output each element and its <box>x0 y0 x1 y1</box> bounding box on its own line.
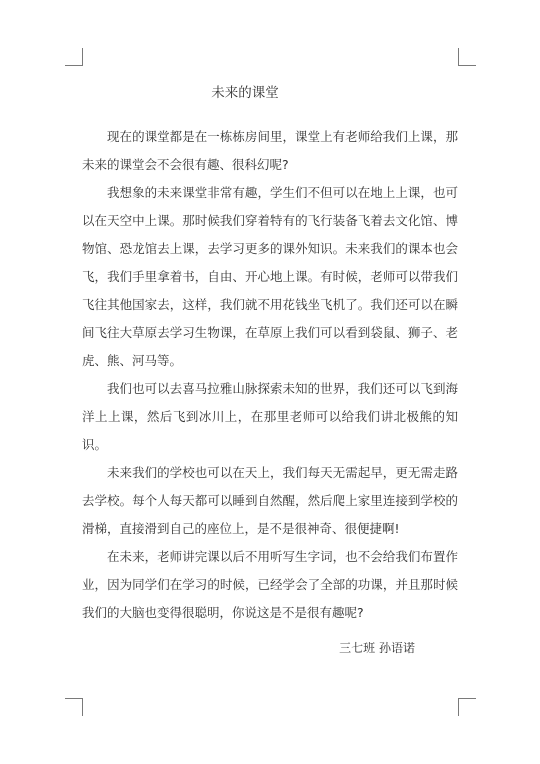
signature-line: 三七班 孙语诺 <box>82 634 458 662</box>
document-title: 未来的课堂 <box>82 79 458 107</box>
text-boundary-mark-bottom-left <box>65 698 83 716</box>
text-boundary-mark-top-left <box>65 48 83 66</box>
document-page: 未来的课堂 现在的课堂都是在一栋栋房间里，课堂上有老师给我们上课，那未来的课堂会… <box>0 0 540 764</box>
paragraph-intro: 现在的课堂都是在一栋栋房间里，课堂上有老师给我们上课，那未来的课堂会不会很有趣、… <box>82 123 458 179</box>
text-boundary-mark-top-right <box>458 48 476 66</box>
document-content: 未来的课堂 现在的课堂都是在一栋栋房间里，课堂上有老师给我们上课，那未来的课堂会… <box>82 79 458 662</box>
paragraph-flying-classes: 我想象的未来课堂非常有趣，学生们不但可以在地上上课，也可以在天空中上课。那时候我… <box>82 179 458 375</box>
text-boundary-mark-bottom-right <box>458 698 476 716</box>
paragraph-no-homework: 在未来，老师讲完课以后不用听写生字词，也不会给我们布置作业，因为同学们在学习的时… <box>82 543 458 627</box>
paragraph-exploration: 我们也可以去喜马拉雅山脉探索未知的世界，我们还可以飞到海洋上上课，然后飞到冰川上… <box>82 375 458 459</box>
paragraph-sky-school: 未来我们的学校也可以在天上，我们每天无需起早，更无需走路去学校。每个人每天都可以… <box>82 459 458 543</box>
